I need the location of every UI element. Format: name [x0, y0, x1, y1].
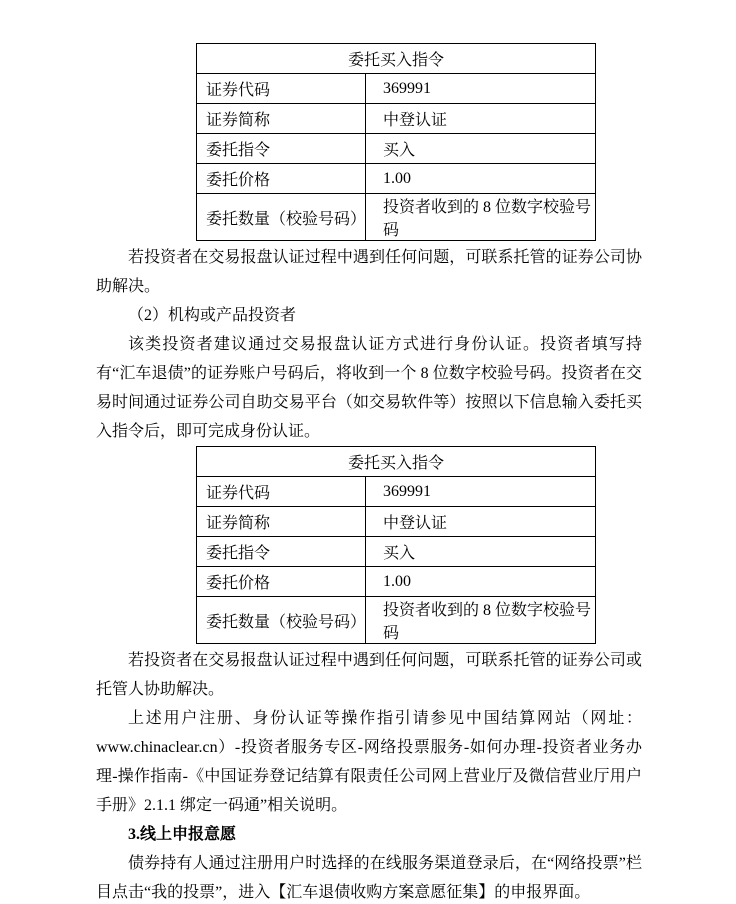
row-label: 委托数量（校验号码）	[197, 597, 366, 644]
row-value: 投资者收到的 8 位数字校验号码	[366, 194, 596, 241]
row-value: 投资者收到的 8 位数字校验号码	[366, 597, 596, 644]
row-value: 中登认证	[366, 104, 596, 134]
document-page: 委托买入指令 证券代码 369991 证券简称 中登认证 委托指令 买入 委托价…	[96, 43, 642, 904]
row-label: 委托数量（校验号码）	[197, 194, 366, 241]
table-row: 委托数量（校验号码） 投资者收到的 8 位数字校验号码	[197, 597, 596, 644]
table-row: 证券简称 中登认证	[197, 104, 596, 134]
row-label: 证券简称	[197, 507, 366, 537]
buy-order-table-1: 委托买入指令 证券代码 369991 证券简称 中登认证 委托指令 买入 委托价…	[196, 43, 596, 241]
paragraph-reference: 上述用户注册、身份认证等操作指引请参见中国结算网站（网址：www.chinacl…	[96, 704, 642, 820]
table-row: 委托数量（校验号码） 投资者收到的 8 位数字校验号码	[197, 194, 596, 241]
buy-order-table-2: 委托买入指令 证券代码 369991 证券简称 中登认证 委托指令 买入 委托价…	[196, 446, 596, 644]
row-value: 中登认证	[366, 507, 596, 537]
table-title: 委托买入指令	[197, 44, 596, 74]
section-heading-online-declaration: 3.线上申报意愿	[96, 820, 642, 849]
row-value: 买入	[366, 134, 596, 164]
row-label: 证券代码	[197, 74, 366, 104]
row-label: 委托指令	[197, 537, 366, 567]
row-value: 1.00	[366, 567, 596, 597]
row-value: 369991	[366, 477, 596, 507]
table-row: 委托价格 1.00	[197, 567, 596, 597]
table-row: 证券简称 中登认证	[197, 507, 596, 537]
paragraph-item-2: （2）机构或产品投资者	[96, 301, 642, 330]
paragraph-note-2: 若投资者在交易报盘认证过程中遇到任何问题，可联系托管的证券公司或托管人协助解决。	[96, 646, 642, 704]
row-label: 委托指令	[197, 134, 366, 164]
paragraph-note-1: 若投资者在交易报盘认证过程中遇到任何问题，可联系托管的证券公司协助解决。	[96, 243, 642, 301]
table-row: 委托指令 买入	[197, 537, 596, 567]
row-value: 1.00	[366, 164, 596, 194]
table-row: 委托价格 1.00	[197, 164, 596, 194]
row-label: 委托价格	[197, 164, 366, 194]
row-value: 369991	[366, 74, 596, 104]
table-title: 委托买入指令	[197, 447, 596, 477]
table-title-row: 委托买入指令	[197, 447, 596, 477]
table-row: 委托指令 买入	[197, 134, 596, 164]
row-label: 证券简称	[197, 104, 366, 134]
table-row: 证券代码 369991	[197, 74, 596, 104]
paragraph-online-declaration: 债券持有人通过注册用户时选择的在线服务渠道登录后，在“网络投票”栏目点击“我的投…	[96, 849, 642, 904]
row-label: 委托价格	[197, 567, 366, 597]
row-label: 证券代码	[197, 477, 366, 507]
paragraph-instructions: 该类投资者建议通过交易报盘认证方式进行身份认证。投资者填写持有“汇车退债”的证券…	[96, 330, 642, 446]
table-row: 证券代码 369991	[197, 477, 596, 507]
row-value: 买入	[366, 537, 596, 567]
table-title-row: 委托买入指令	[197, 44, 596, 74]
